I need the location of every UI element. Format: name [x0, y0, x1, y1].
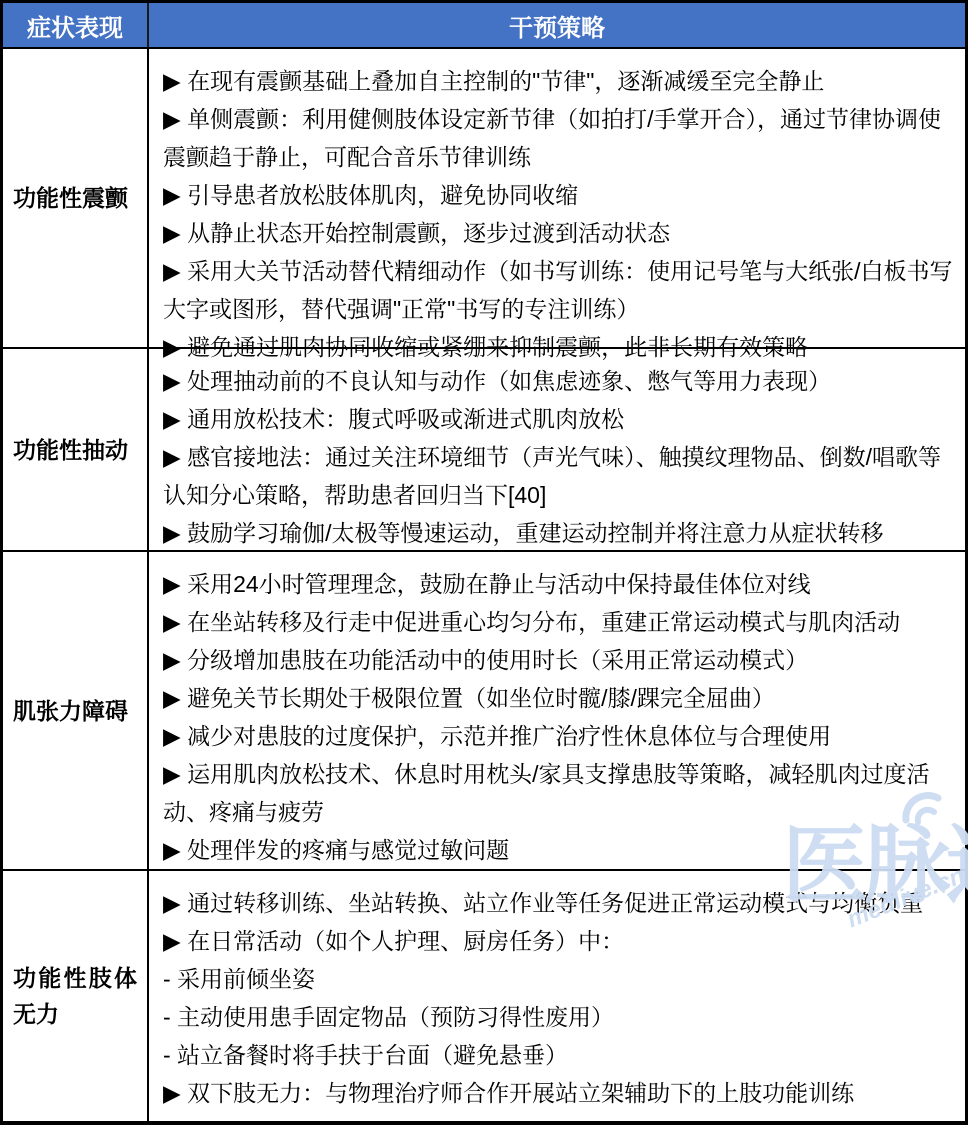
symptom-cell: 功能性抽动	[3, 349, 149, 550]
strategy-item: ▶ 引导患者放松肢体肌肉，避免协同收缩	[163, 176, 957, 214]
strategy-cell: ▶ 通过转移训练、坐站转换、站立作业等任务促进正常运动模式与均衡负重▶ 在日常活…	[149, 871, 965, 1121]
symptom-cell: 功能性肢体无力	[3, 871, 149, 1121]
strategy-item: ▶ 避免关节长期处于极限位置（如坐位时髋/膝/踝完全屈曲）	[163, 679, 957, 717]
strategy-item: ▶ 减少对患肢的过度保护，示范并推广治疗性休息体位与合理使用	[163, 717, 957, 755]
strategy-item: ▶ 鼓励学习瑜伽/太极等慢速运动，重建运动控制并将注意力从症状转移	[163, 514, 957, 552]
strategy-item: ▶ 运用肌肉放松技术、休息时用枕头/家具支撑患肢等策略，减轻肌肉过度活动、疼痛与…	[163, 755, 957, 831]
symptom-cell: 肌张力障碍	[3, 552, 149, 869]
table-row: 功能性肢体无力▶ 通过转移训练、坐站转换、站立作业等任务促进正常运动模式与均衡负…	[3, 871, 965, 1121]
strategy-item: ▶ 在现有震颤基础上叠加自主控制的"节律"，逐渐减缓至完全静止	[163, 62, 957, 100]
table-row: 功能性震颤▶ 在现有震颤基础上叠加自主控制的"节律"，逐渐减缓至完全静止▶ 单侧…	[3, 49, 965, 349]
strategy-item: - 站立备餐时将手扶于台面（避免悬垂）	[163, 1036, 957, 1074]
strategy-item: ▶ 采用24小时管理理念，鼓励在静止与活动中保持最佳体位对线	[163, 565, 957, 603]
strategy-item: ▶ 从静止状态开始控制震颤，逐步过渡到活动状态	[163, 214, 957, 252]
table-row: 功能性抽动▶ 处理抽动前的不良认知与动作（如焦虑迹象、憋气等用力表现）▶ 通用放…	[3, 349, 965, 552]
strategy-item: ▶ 处理抽动前的不良认知与动作（如焦虑迹象、憋气等用力表现）	[163, 362, 957, 400]
strategy-item: ▶ 通用放松技术：腹式呼吸或渐进式肌肉放松	[163, 400, 957, 438]
strategy-item: ▶ 在坐站转移及行走中促进重心均匀分布，重建正常运动模式与肌肉活动	[163, 603, 957, 641]
table-row: 肌张力障碍▶ 采用24小时管理理念，鼓励在静止与活动中保持最佳体位对线▶ 在坐站…	[3, 552, 965, 871]
strategy-item: ▶ 双下肢无力：与物理治疗师合作开展站立架辅助下的上肢功能训练	[163, 1074, 957, 1112]
strategy-item: ▶ 处理伴发的疼痛与感觉过敏问题	[163, 831, 957, 869]
strategy-item: ▶ 在日常活动（如个人护理、厨房任务）中：	[163, 922, 957, 960]
strategy-cell: ▶ 处理抽动前的不良认知与动作（如焦虑迹象、憋气等用力表现）▶ 通用放松技术：腹…	[149, 349, 965, 550]
symptom-intervention-table-page: 症状表现 干预策略 功能性震颤▶ 在现有震颤基础上叠加自主控制的"节律"，逐渐减…	[0, 0, 968, 1125]
strategy-item: ▶ 分级增加患肢在功能活动中的使用时长（采用正常运动模式）	[163, 641, 957, 679]
strategy-cell: ▶ 采用24小时管理理念，鼓励在静止与活动中保持最佳体位对线▶ 在坐站转移及行走…	[149, 552, 965, 869]
strategy-item: ▶ 单侧震颤：利用健侧肢体设定新节律（如拍打/手掌开合），通过节律协调使震颤趋于…	[163, 100, 957, 176]
symptom-intervention-table: 症状表现 干预策略 功能性震颤▶ 在现有震颤基础上叠加自主控制的"节律"，逐渐减…	[0, 0, 968, 1125]
symptom-label: 功能性肢体无力	[13, 960, 137, 1032]
symptom-cell: 功能性震颤	[3, 49, 149, 347]
strategy-cell: ▶ 在现有震颤基础上叠加自主控制的"节律"，逐渐减缓至完全静止▶ 单侧震颤：利用…	[149, 49, 965, 347]
table-body: 功能性震颤▶ 在现有震颤基础上叠加自主控制的"节律"，逐渐减缓至完全静止▶ 单侧…	[3, 49, 965, 1121]
strategy-item: ▶ 感官接地法：通过关注环境细节（声光气味）、触摸纹理物品、倒数/唱歌等认知分心…	[163, 438, 957, 514]
strategy-item: ▶ 采用大关节活动替代精细动作（如书写训练：使用记号笔与大纸张/白板书写大字或图…	[163, 252, 957, 328]
strategy-item: - 主动使用患手固定物品（预防习得性废用）	[163, 998, 957, 1036]
symptom-label: 肌张力障碍	[13, 693, 137, 729]
symptom-label: 功能性震颤	[13, 180, 137, 216]
header-cell-symptom: 症状表现	[3, 3, 149, 47]
table-header-row: 症状表现 干预策略	[3, 3, 965, 49]
strategy-item: - 采用前倾坐姿	[163, 960, 957, 998]
header-cell-strategy: 干预策略	[149, 3, 965, 47]
strategy-item: ▶ 通过转移训练、坐站转换、站立作业等任务促进正常运动模式与均衡负重	[163, 884, 957, 922]
symptom-label: 功能性抽动	[13, 432, 137, 468]
